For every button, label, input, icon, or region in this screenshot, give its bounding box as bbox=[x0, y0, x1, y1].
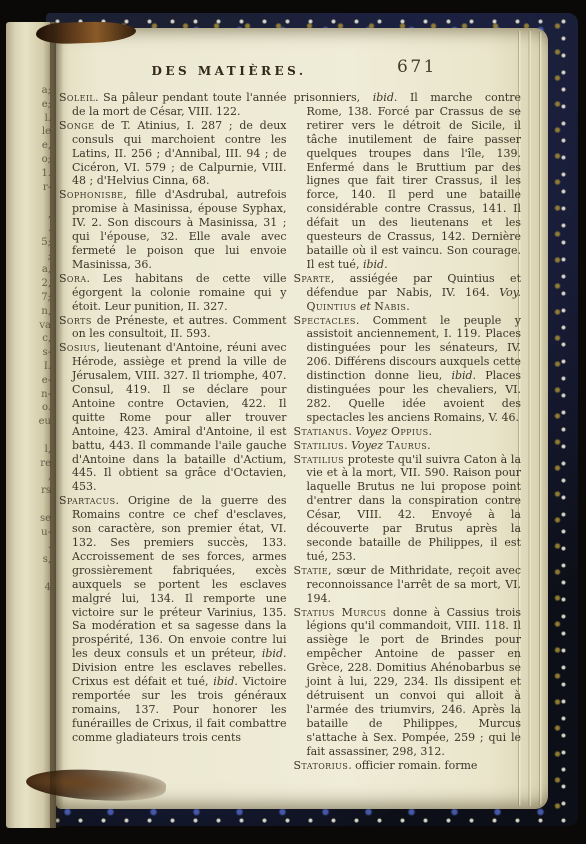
edge-text-fragment: 5; bbox=[11, 236, 51, 250]
edge-text-fragment: 4 bbox=[11, 581, 51, 595]
entry-term: Spectacles bbox=[294, 314, 356, 327]
entry-text: , officier romain, forme bbox=[348, 759, 477, 770]
index-entry: Soleil. Sa pâleur pendant toute l'année … bbox=[59, 91, 287, 119]
edge-text-fragment: e- bbox=[11, 374, 51, 388]
edge-text-fragment: s, bbox=[11, 553, 51, 567]
edge-text-fragment: . bbox=[11, 539, 51, 553]
entry-text: . bbox=[429, 425, 433, 438]
entry-term: Statilius bbox=[294, 439, 345, 452]
edge-text-fragment bbox=[11, 194, 51, 208]
entry-text: donne à Cassius trois légions qu'il comm… bbox=[307, 606, 522, 758]
edge-text-fragment: 1. bbox=[11, 167, 51, 181]
index-entry: Statianus. Voyez Oppius. bbox=[294, 425, 522, 439]
edge-text-fragment: 7; bbox=[11, 291, 51, 305]
previous-page-edge: a;e;l.lee,o;1.r- ,.5;;a,2,7;n,vac,s-I.e-… bbox=[6, 22, 56, 828]
index-entry: prisonniers, ibid. Il marche contre Rome… bbox=[294, 91, 522, 272]
edge-text-fragment: se bbox=[11, 512, 51, 526]
edge-text-fragment: a; bbox=[11, 84, 51, 98]
entry-term: Spartacus bbox=[59, 494, 115, 507]
entry-text: de Préneste, et autres. Comment on les c… bbox=[72, 314, 287, 341]
edge-text-fragment: a, bbox=[11, 263, 51, 277]
entry-text: , assiégée par Quintius et défendue par … bbox=[307, 272, 522, 299]
entry-term: Statius Murcus bbox=[294, 606, 387, 619]
entry-text: Il marche contre Rome, 138. Forcé par Cr… bbox=[307, 91, 522, 271]
edge-text-fragment bbox=[11, 594, 51, 608]
entry-text: ibid. bbox=[363, 258, 388, 271]
edge-text-fragment: l. bbox=[11, 112, 51, 126]
index-entry: Spartacus. Origine de la guerre des Roma… bbox=[59, 494, 287, 744]
edge-text-fragment bbox=[11, 636, 51, 650]
index-entry: Spectacles. Comment le peuple y assistoi… bbox=[294, 314, 522, 425]
entry-text: . Origine de la guerre des Romains contr… bbox=[72, 494, 287, 660]
edge-text-fragment: c, bbox=[11, 332, 51, 346]
index-entry: Statilius. Voyez Taurus. bbox=[294, 439, 522, 453]
edge-text-fragment: , bbox=[11, 470, 51, 484]
entry-text: ibid. bbox=[262, 647, 287, 660]
entry-text: de T. Atinius, I. 287 ; de deux consuls … bbox=[72, 119, 287, 188]
entry-term: Quintius bbox=[307, 300, 357, 313]
edge-text-fragment: I. bbox=[11, 360, 51, 374]
edge-text-fragment: rs bbox=[11, 484, 51, 498]
index-entry: Sophonisbe, fille d'Asdrubal, autrefois … bbox=[59, 188, 287, 271]
edge-text-fragment bbox=[11, 498, 51, 512]
entry-term: Statie bbox=[294, 564, 329, 577]
edge-text-fragment bbox=[11, 663, 51, 677]
index-entry: Sosius, lieutenant d'Antoine, réuni avec… bbox=[59, 341, 287, 494]
entry-text: , lieutenant d'Antoine, réuni avec Hérod… bbox=[72, 341, 287, 493]
edge-text-fragment: e; bbox=[11, 98, 51, 112]
edge-text-fragment bbox=[11, 608, 51, 622]
entry-term: Oppius bbox=[391, 425, 429, 438]
index-entry: Statie, sœur de Mithridate, reçoit avec … bbox=[294, 564, 522, 606]
edge-text-fragment: eu bbox=[11, 415, 51, 429]
edge-text-fragment: ; bbox=[11, 250, 51, 264]
entry-term: Sophonisbe bbox=[59, 188, 123, 201]
entry-text: Voyez bbox=[351, 439, 383, 452]
entry-term: Statianus bbox=[294, 425, 349, 438]
index-column-right: prisonniers, ibid. Il marche contre Rome… bbox=[294, 91, 522, 769]
edge-text-fragment bbox=[11, 429, 51, 443]
index-entry: Statius Murcus donne à Cassius trois lég… bbox=[294, 606, 522, 759]
edge-text-fragment: u- bbox=[11, 526, 51, 540]
index-column-left: Soleil. Sa pâleur pendant toute l'année … bbox=[59, 91, 287, 769]
previous-page-text: a;e;l.lee,o;1.r- ,.5;;a,2,7;n,vac,s-I.e-… bbox=[11, 84, 51, 719]
index-entry: Sparte, assiégée par Quintius et défendu… bbox=[294, 272, 522, 314]
index-entry: Songe de T. Atinius, I. 287 ; de deux co… bbox=[59, 119, 287, 189]
entry-term: Statilius bbox=[294, 453, 345, 466]
edge-text-fragment: le bbox=[11, 125, 51, 139]
edge-text-fragment: va bbox=[11, 319, 51, 333]
book-scan: a;e;l.lee,o;1.r- ,.5;;a,2,7;n,vac,s-I.e-… bbox=[0, 0, 586, 844]
edge-text-fragment bbox=[11, 677, 51, 691]
entry-text: ibid. bbox=[451, 369, 476, 382]
edge-text-fragment: n- bbox=[11, 388, 51, 402]
entry-text: . Les habitans de cette ville égorgent l… bbox=[72, 272, 287, 313]
page-header: DES MATIÈRES. 671 bbox=[59, 54, 521, 86]
entry-text: prisonniers, bbox=[294, 91, 373, 104]
entry-text: . Sa pâleur pendant toute l'année de la … bbox=[72, 91, 287, 118]
entry-term: Sparte bbox=[294, 272, 331, 285]
entry-term: Nabis bbox=[374, 300, 406, 313]
edge-text-fragment: s- bbox=[11, 346, 51, 360]
index-columns: Soleil. Sa pâleur pendant toute l'année … bbox=[59, 91, 521, 769]
entry-text: , sœur de Mithridate, reçoit avec reconn… bbox=[307, 564, 522, 605]
entry-text: ibid. bbox=[373, 91, 398, 104]
entry-text: Voyez bbox=[355, 425, 387, 438]
index-entry: Statilius proteste qu'il suivra Caton à … bbox=[294, 453, 522, 564]
gutter-shadow bbox=[50, 22, 66, 828]
edge-text-fragment: , bbox=[11, 208, 51, 222]
edge-text-fragment: e, bbox=[11, 139, 51, 153]
edge-text-fragment: . bbox=[11, 222, 51, 236]
entry-text: ibid. bbox=[213, 675, 238, 688]
edge-text-fragment: n, bbox=[11, 305, 51, 319]
book-page: DES MATIÈRES. 671 Soleil. Sa pâleur pend… bbox=[56, 28, 548, 809]
entry-text: . bbox=[406, 300, 410, 313]
entry-term: Taurus bbox=[387, 439, 428, 452]
entry-text: proteste qu'il suivra Caton à la vie et … bbox=[307, 453, 522, 563]
edge-text-fragment bbox=[11, 705, 51, 719]
index-entry: Statorius, officier romain, forme bbox=[294, 759, 522, 770]
edge-text-fragment bbox=[11, 567, 51, 581]
page-number: 671 bbox=[397, 57, 437, 77]
edge-text-fragment: 2, bbox=[11, 277, 51, 291]
edge-text-fragment: o; bbox=[11, 153, 51, 167]
edge-text-fragment: l, bbox=[11, 443, 51, 457]
entry-text: . bbox=[427, 439, 431, 452]
page-content: DES MATIÈRES. 671 Soleil. Sa pâleur pend… bbox=[56, 28, 548, 809]
entry-text: Voy. bbox=[499, 286, 521, 299]
edge-text-fragment: re bbox=[11, 457, 51, 471]
edge-text-fragment bbox=[11, 650, 51, 664]
edge-text-fragment: r- bbox=[11, 181, 51, 195]
entry-term: Statorius bbox=[294, 759, 349, 770]
running-title: DES MATIÈRES. bbox=[151, 64, 306, 78]
edge-text-fragment: o. bbox=[11, 401, 51, 415]
edge-text-fragment bbox=[11, 622, 51, 636]
index-entry: Sora. Les habitans de cette ville égorge… bbox=[59, 272, 287, 314]
entry-text: et bbox=[356, 300, 374, 313]
edge-text-fragment bbox=[11, 691, 51, 705]
index-entry: Sorts de Préneste, et autres. Comment on… bbox=[59, 314, 287, 342]
